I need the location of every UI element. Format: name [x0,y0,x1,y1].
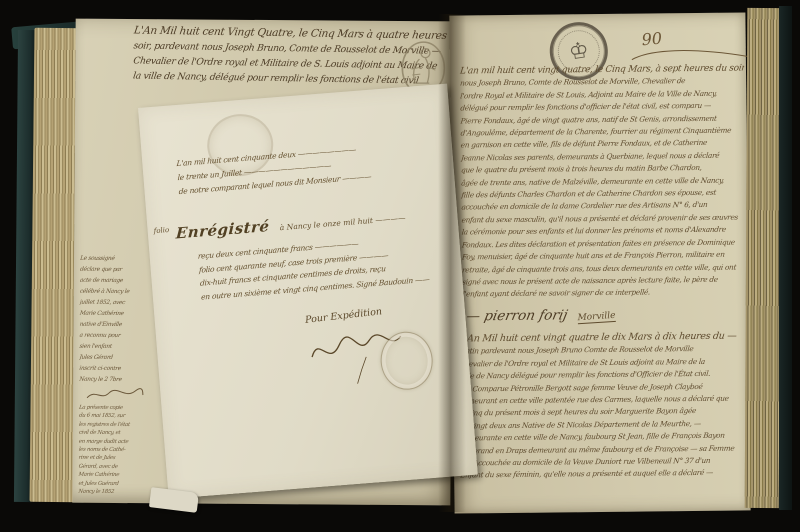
handwritten-line: civil de Nancy, et [78,429,153,438]
page-number: 90 [641,29,663,50]
handwritten-line: Le soussigné [79,254,154,266]
handwritten-line: a reconnu pour [79,331,154,343]
handwritten-line: du 6 mai 1852, sur [78,412,153,421]
handwritten-line: Jules Gérard [79,353,154,365]
margin-note-lower: La présente copiedu 6 mai 1852, surles r… [78,404,153,497]
act1-signatures: — pierron forij Morville [466,307,615,325]
handwritten-line: Marie Cathérine [79,309,154,321]
handwritten-line: acte de mariage [79,276,154,288]
morville-signature: Morville [577,311,616,324]
birth-act-2-text: L'An Mil huit cent vingt quatre le dix M… [459,331,745,483]
slip-fee-lines: reçu deux cent cinquante francs ——————fo… [197,230,456,304]
right-fore-edge-pages [745,8,782,508]
handwritten-line: native d'Einville [79,320,154,332]
handwritten-line: célébré à Nancy le [79,287,154,299]
book-cover-right-edge [779,6,792,510]
handwritten-line: sien l'enfant [79,342,154,354]
margin-signature [85,387,145,403]
handwritten-line: juillet 1852, avec [79,298,154,310]
registered-details: à Nancy le onze mil huit ———— [279,213,406,232]
registered-label: Enrégistré [175,217,270,243]
handwritten-line: rine et de Jules [78,454,153,463]
handwritten-line: déclare que par [79,265,154,277]
folio-note: folio [153,226,169,235]
photo-background: L'An Mil huit cent Vingt Quatre, le Cinq… [0,0,800,532]
witness-signatures: — pierron forij [465,307,569,324]
margin-note-upper: Le soussignédéclare que paracte de maria… [79,254,154,387]
right-page: ♔ 90 L'an mil huit cent vingt quatre, le… [449,12,750,513]
birth-act-1-text: L'an mil huit cent vingt quatre, le Cinq… [460,62,746,301]
handwritten-line: Nancy le 1852 [78,488,153,497]
handwritten-line: inscrit ci-contre [79,364,154,376]
handwritten-line: l'enfant ayant déclaré ne savoir signer … [462,286,747,301]
handwritten-line: Nancy le 2 7bre [78,375,153,387]
handwritten-line: Enfant du sexe féminin, qu'elle nous a p… [460,467,745,482]
loose-registration-slip: L'an mil huit cent cinquante deux ——————… [138,84,478,499]
handwritten-line: Marie Cathérine [78,471,153,480]
